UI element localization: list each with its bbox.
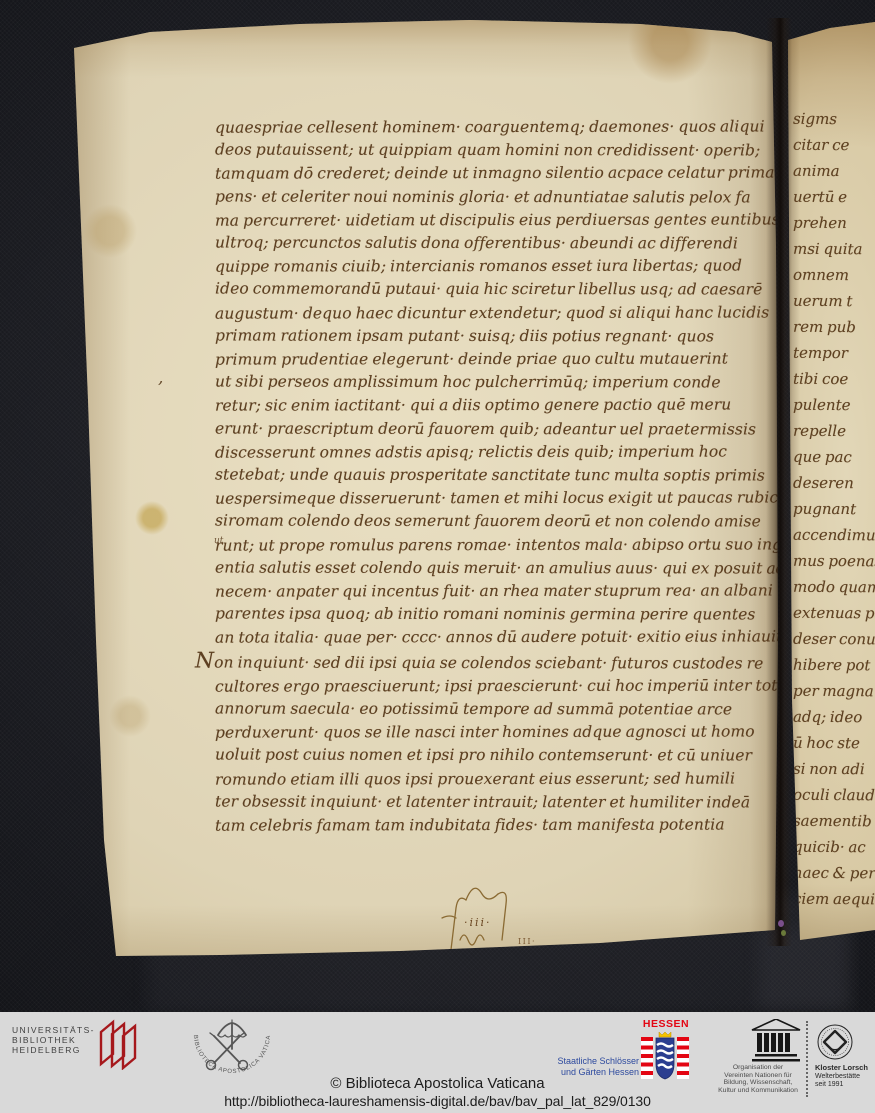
binding-thread <box>781 930 786 936</box>
manuscript-line: retur; sic enim iactitant· qui a diis op… <box>215 394 797 418</box>
interlinear-correction: ut <box>214 536 223 546</box>
facing-page-line-fragment: accendimus <box>793 522 875 549</box>
manuscript-line: tam celebris famam tam indubitata fides·… <box>215 813 797 837</box>
facing-page-line-fragment: ū hoc ste <box>793 730 875 757</box>
facing-page-line-fragment: pugnant <box>793 496 875 523</box>
facing-page-line-fragment: extenuas pa <box>793 600 875 627</box>
manuscript-line: quaespriae cellesent hominem· coarguente… <box>215 115 797 139</box>
manuscript-line: deos putauissent; ut quippiam quam homin… <box>215 139 797 163</box>
manuscript-line: tamquam dō crederet; deinde ut inmagno s… <box>215 162 797 186</box>
manuscript-line: Non inquiunt· sed dii ipsi quia se colen… <box>195 649 797 675</box>
manuscript-line: ut sibi perseos amplissimum hoc pulcherr… <box>215 371 797 395</box>
hessen-caption-line: Staatliche Schlösser <box>540 1056 639 1067</box>
manuscript-line: romundo etiam illi quos ipsi prouexerant… <box>215 767 797 791</box>
manuscript-line: cultores ergo praesciuerunt; ipsi praesc… <box>215 674 797 698</box>
facing-page-line-fragment: hibere pot <box>793 652 875 679</box>
facing-page-line-fragment: adq; ideo <box>793 704 875 731</box>
hessen-caption: Staatliche Schlösserund Gärten Hessen <box>540 1056 639 1077</box>
facing-page-line-fragment: rem pub <box>793 314 875 341</box>
unesco-logo-icon <box>750 1019 802 1063</box>
facing-page-line-fragment: si non adi <box>793 756 875 783</box>
facing-page-line-fragment: tempor <box>793 340 875 367</box>
manuscript-line: runt; ut prope romulus parens romae· int… <box>215 533 797 557</box>
manuscript-line: ideo commemorandū putaui· quia hic scire… <box>215 278 797 302</box>
facing-page-sliver: sigmscitar ceanimauertū eprehenmsi quita… <box>780 8 875 944</box>
manuscript-line: siromam colendo deos semerunt fauorem de… <box>215 510 797 534</box>
manuscript-line: uoluit post cuius nomen et ipsi pro nihi… <box>215 744 797 768</box>
facing-page-line-fragment: deseren <box>793 470 875 497</box>
facing-page-line-fragment: deser conu <box>793 626 875 653</box>
facing-page-line-fragment: ciem aequib <box>793 886 875 912</box>
hessen-stripes-left <box>641 1037 653 1079</box>
unesco-caption-line: Kultur und Kommunikation <box>710 1087 806 1095</box>
manuscript-line: ma percurreret· uidetiam ut discipulis e… <box>215 208 797 232</box>
manuscript-line: pens· et celeriter noui nominis gloria· … <box>215 185 797 209</box>
kloster-lorsch-world-heritage-emblem-icon <box>816 1023 854 1061</box>
manuscript-line: parentes ipsa quoq; ab initio romani nom… <box>215 603 797 627</box>
heidelberg-library-name-line: HEIDELBERG <box>12 1045 95 1055</box>
quire-mark-text: ·iii· <box>464 916 492 929</box>
facing-page-line-fragment: uerum t <box>793 288 875 315</box>
manuscript-line: necem· anpater qui incentus fuit· an rhe… <box>215 579 797 603</box>
manuscript-line: an tota italia· quae per· cccc· annos dū… <box>215 626 797 650</box>
kloster-lorsch-name: Kloster Lorsch <box>815 1064 868 1073</box>
svg-text:BIBLIOTECA APOSTOLICA VATICANA: BIBLIOTECA APOSTOLICA VATICANA <box>182 1019 272 1075</box>
kloster-lorsch-caption: Kloster Lorsch Welterbestätte seit 1991 <box>815 1064 868 1090</box>
manuscript-line: entia salutis esset colendo quis meruit·… <box>215 556 797 580</box>
manuscript-line: primam rationem ipsam putant· suisq; dii… <box>215 324 797 348</box>
facing-page-line-fragment: haec & per h <box>793 860 875 887</box>
manuscript-line: augustum· dequo haec dicuntur extendetur… <box>215 301 797 325</box>
unesco-caption: Organisation derVereinten Nationen fürBi… <box>710 1064 806 1094</box>
source-url: http://bibliotheca-laureshamensis-digita… <box>0 1093 875 1109</box>
facing-page-line-fragment: oculi claud <box>793 782 875 809</box>
facing-page-line-fragment: sigms <box>793 106 875 132</box>
kloster-lorsch-line2: Welterbestätte <box>815 1073 868 1082</box>
facing-page-line-fragment: que pac <box>793 444 875 471</box>
heidelberg-library-name-line: BIBLIOTHEK <box>12 1035 95 1045</box>
heidelberg-library-name: UNIVERSITÄTS-BIBLIOTHEKHEIDELBERG <box>12 1025 95 1055</box>
facing-page-line-fragment: uertū e <box>793 184 875 211</box>
facing-page-line-fragment: citar ce <box>793 132 875 159</box>
manuscript-line: perduxerunt· quos se ille nasci inter ho… <box>215 721 797 745</box>
manuscript-text-block: quaespriae cellesent hominem· coarguente… <box>215 116 797 837</box>
vatican-library-seal-icon: BIBLIOTECA APOSTOLICA VATICANA <box>182 1019 282 1081</box>
manuscript-line: quippe romanis ciuib; intercianis romano… <box>215 255 797 279</box>
heidelberg-library-logo-icon <box>96 1016 144 1070</box>
vatican-seal-text: BIBLIOTECA APOSTOLICA VATICANA <box>182 1019 272 1075</box>
facing-page-line-fragment: modo quam <box>793 574 875 601</box>
facing-page-line-fragment: repelle <box>793 418 875 445</box>
footer-bar: UNIVERSITÄTS-BIBLIOTHEKHEIDELBERG <box>0 1012 875 1113</box>
manuscript-line: stetebat; unde quauis prosperitate sanct… <box>215 464 797 488</box>
hessen-stripes-right <box>677 1037 689 1079</box>
manuscript-page-verso: quaespriae cellesent hominem· coarguente… <box>70 16 782 960</box>
heidelberg-library-name-line: UNIVERSITÄTS- <box>12 1025 95 1035</box>
manuscript-line: ter obsessit inquiunt· et latenter intra… <box>215 790 797 814</box>
facing-page-line-fragment: tibi coe <box>793 366 875 393</box>
unesco-caption-line: Bildung, Wissenschaft, <box>710 1079 806 1087</box>
kloster-lorsch-line3: seit 1991 <box>815 1081 868 1090</box>
hessen-shield-icon <box>654 1031 676 1081</box>
facing-page-line-fragment: mus poenas <box>793 548 875 575</box>
footer-separator <box>806 1021 808 1097</box>
binding-thread <box>778 920 784 927</box>
photo-stage: quaespriae cellesent hominem· coarguente… <box>0 0 875 1113</box>
folio-number: III· <box>518 937 536 946</box>
facing-page-line-fragment: omnem <box>793 262 875 289</box>
facing-page-line-fragment: anima <box>793 158 875 185</box>
facing-page-line-fragment: pulente <box>793 392 875 419</box>
manuscript-line: uespersimeque disseruerunt· tamen et mih… <box>215 487 797 511</box>
unesco-caption-line: Vereinten Nationen für <box>710 1072 806 1080</box>
margin-mark: , <box>158 368 163 388</box>
facing-page-line-fragment: quicib· ac <box>793 834 875 861</box>
manuscript-line: primum prudentiae elegerunt· deinde pria… <box>215 347 797 371</box>
facing-page-line-fragment: per magna <box>793 678 875 705</box>
facing-page-line-fragment: msi quita <box>793 236 875 263</box>
facing-page-line-fragment: saementib <box>793 808 875 835</box>
manuscript-line: annorum saecula· eo potissimū tempore ad… <box>215 698 797 722</box>
facing-page-line-fragment: prehen <box>793 210 875 237</box>
hessen-logo: HESSEN <box>641 1018 691 1081</box>
unesco-caption-line: Organisation der <box>710 1064 806 1072</box>
manuscript-line: ultroq; percunctos salutis dona offerent… <box>215 232 797 256</box>
facing-page-text-block: sigmscitar ceanimauertū eprehenmsi quita… <box>793 106 875 912</box>
hessen-logo-title: HESSEN <box>641 1018 691 1030</box>
manuscript-line: erunt· praescriptum deorū fauorem quib; … <box>215 417 797 441</box>
manuscript-line: discesserunt omnes adstis apisq; relicti… <box>215 440 797 464</box>
